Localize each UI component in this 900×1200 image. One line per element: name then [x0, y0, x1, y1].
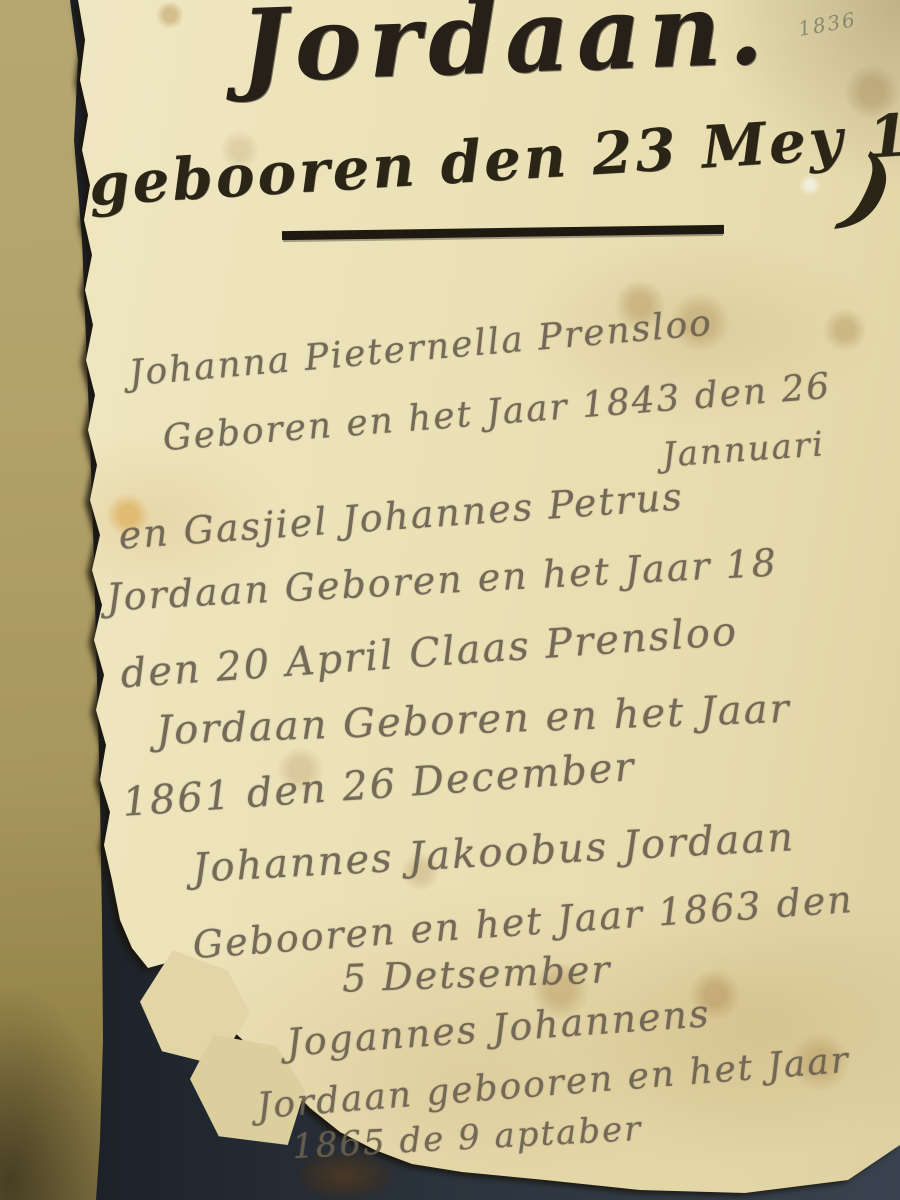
photo-frame: 1836 Jordaan. gebooren den 23 Mey 1836 )… — [0, 0, 900, 1200]
handwritten-line: 5 Detsember — [341, 947, 612, 1000]
page-title: Jordaan. — [238, 0, 772, 105]
